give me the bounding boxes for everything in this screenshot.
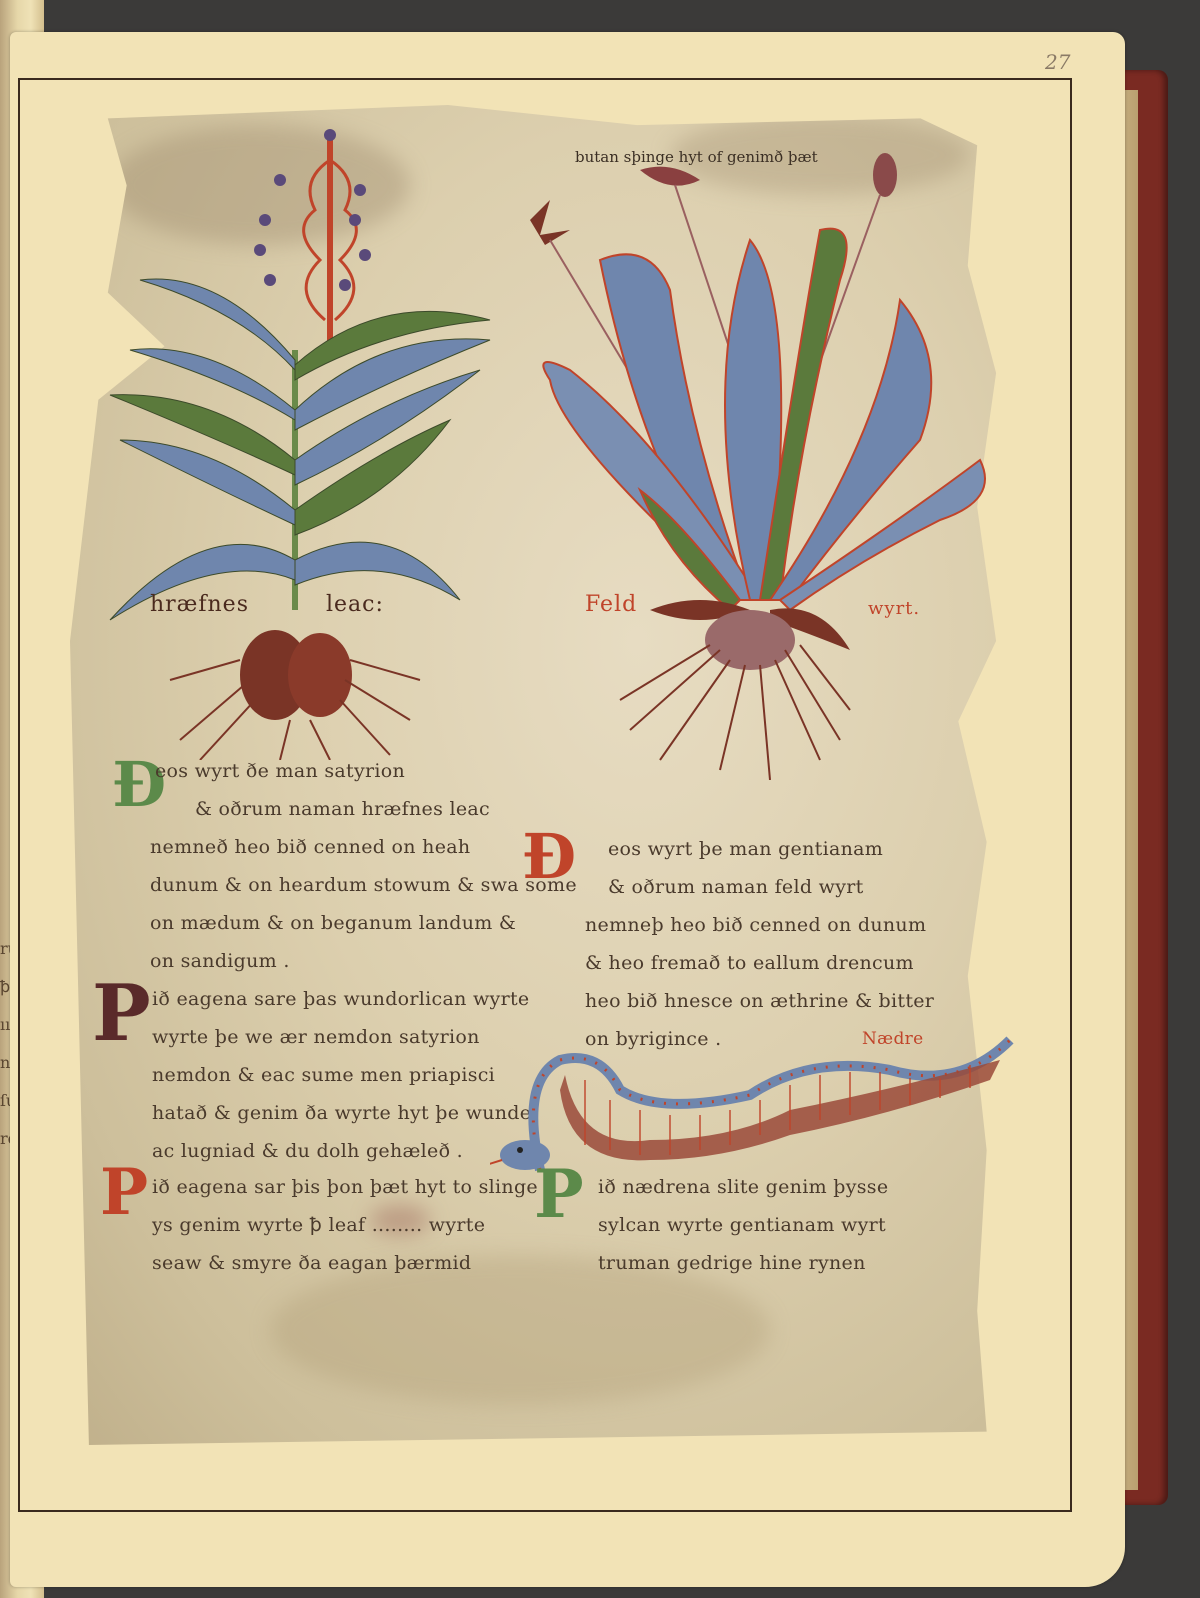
- text-line: heo bið hnesce on æthrine & bitter: [585, 982, 934, 1020]
- text-line: eos wyrt ðe man satyrion: [155, 752, 490, 790]
- text-line: on sandigum .: [150, 942, 577, 980]
- folio-number: 27: [1045, 50, 1070, 74]
- text-line: on mædum & on beganum landum &: [150, 904, 577, 942]
- bulb-root-icon: [170, 630, 420, 760]
- plant-label-feld: Feld: [585, 592, 637, 617]
- text-line: nemneþ heo bið cenned on dunum: [585, 906, 934, 944]
- left-plant-illustration: [90, 120, 510, 760]
- plant-label-wyrt: wyrt.: [868, 598, 920, 619]
- left-text-section-3: ið eagena sar þis þon þæt hyt to slinge …: [152, 1168, 538, 1282]
- text-line: ys genim wyrte ꝥ leaf ........ wyrte: [152, 1206, 538, 1244]
- initial-eth-red: Ð: [522, 820, 576, 893]
- text-line: seaw & smyre ða eagan þærmid: [152, 1244, 538, 1282]
- right-text-section-2: ið nædrena slite genim þysse sylcan wyrt…: [598, 1168, 888, 1282]
- text-line: ið eagena sare þas wundorlican wyrte: [152, 980, 531, 1018]
- text-line: dunum & on heardum stowum & swa some: [150, 866, 577, 904]
- text-line: hatað & genim ða wyrte hyt þe wunde: [152, 1094, 531, 1132]
- text-line: wyrte þe we ær nemdon satyrion: [152, 1018, 531, 1056]
- leaves: [543, 229, 985, 610]
- initial-p-purple: P: [92, 968, 151, 1059]
- text-line: sylcan wyrte gentianam wyrt: [598, 1206, 888, 1244]
- text-line: ac lugniad & du dolh gehæleð .: [152, 1132, 531, 1170]
- root-icon: [620, 600, 850, 780]
- initial-p-red: P: [100, 1155, 148, 1230]
- left-text-section-1b: nemneð heo bið cenned on heah dunum & on…: [150, 828, 577, 980]
- right-text-section-1: eos wyrt þe man gentianam & oðrum naman …: [608, 830, 883, 906]
- text-line: & heo fremað to eallum drencum: [585, 944, 934, 982]
- flower-spike-icon: [254, 129, 371, 350]
- text-line: & oðrum naman hræfnes leac: [195, 790, 490, 828]
- text-line: eos wyrt þe man gentianam: [608, 830, 883, 868]
- plant-label-hraefnes: hræfnes: [150, 592, 249, 617]
- text-line: & oðrum naman feld wyrt: [608, 868, 883, 906]
- text-line: truman gedrige hine rynen: [598, 1244, 888, 1282]
- initial-p-green: P: [534, 1155, 584, 1233]
- text-line: nemneð heo bið cenned on heah: [150, 828, 577, 866]
- right-plant-illustration: [500, 140, 1000, 780]
- text-line: nemdon & eac sume men priapisci: [152, 1056, 531, 1094]
- left-text-section-2: ið eagena sare þas wundorlican wyrte wyr…: [152, 980, 531, 1170]
- text-line: ið eagena sar þis þon þæt hyt to slinge: [152, 1168, 538, 1206]
- left-text-section-1: eos wyrt ðe man satyrion & oðrum naman h…: [155, 752, 490, 828]
- plant-label-leac: leac:: [326, 592, 384, 617]
- leaves: [110, 279, 490, 620]
- text-line: ið nædrena slite genim þysse: [598, 1168, 888, 1206]
